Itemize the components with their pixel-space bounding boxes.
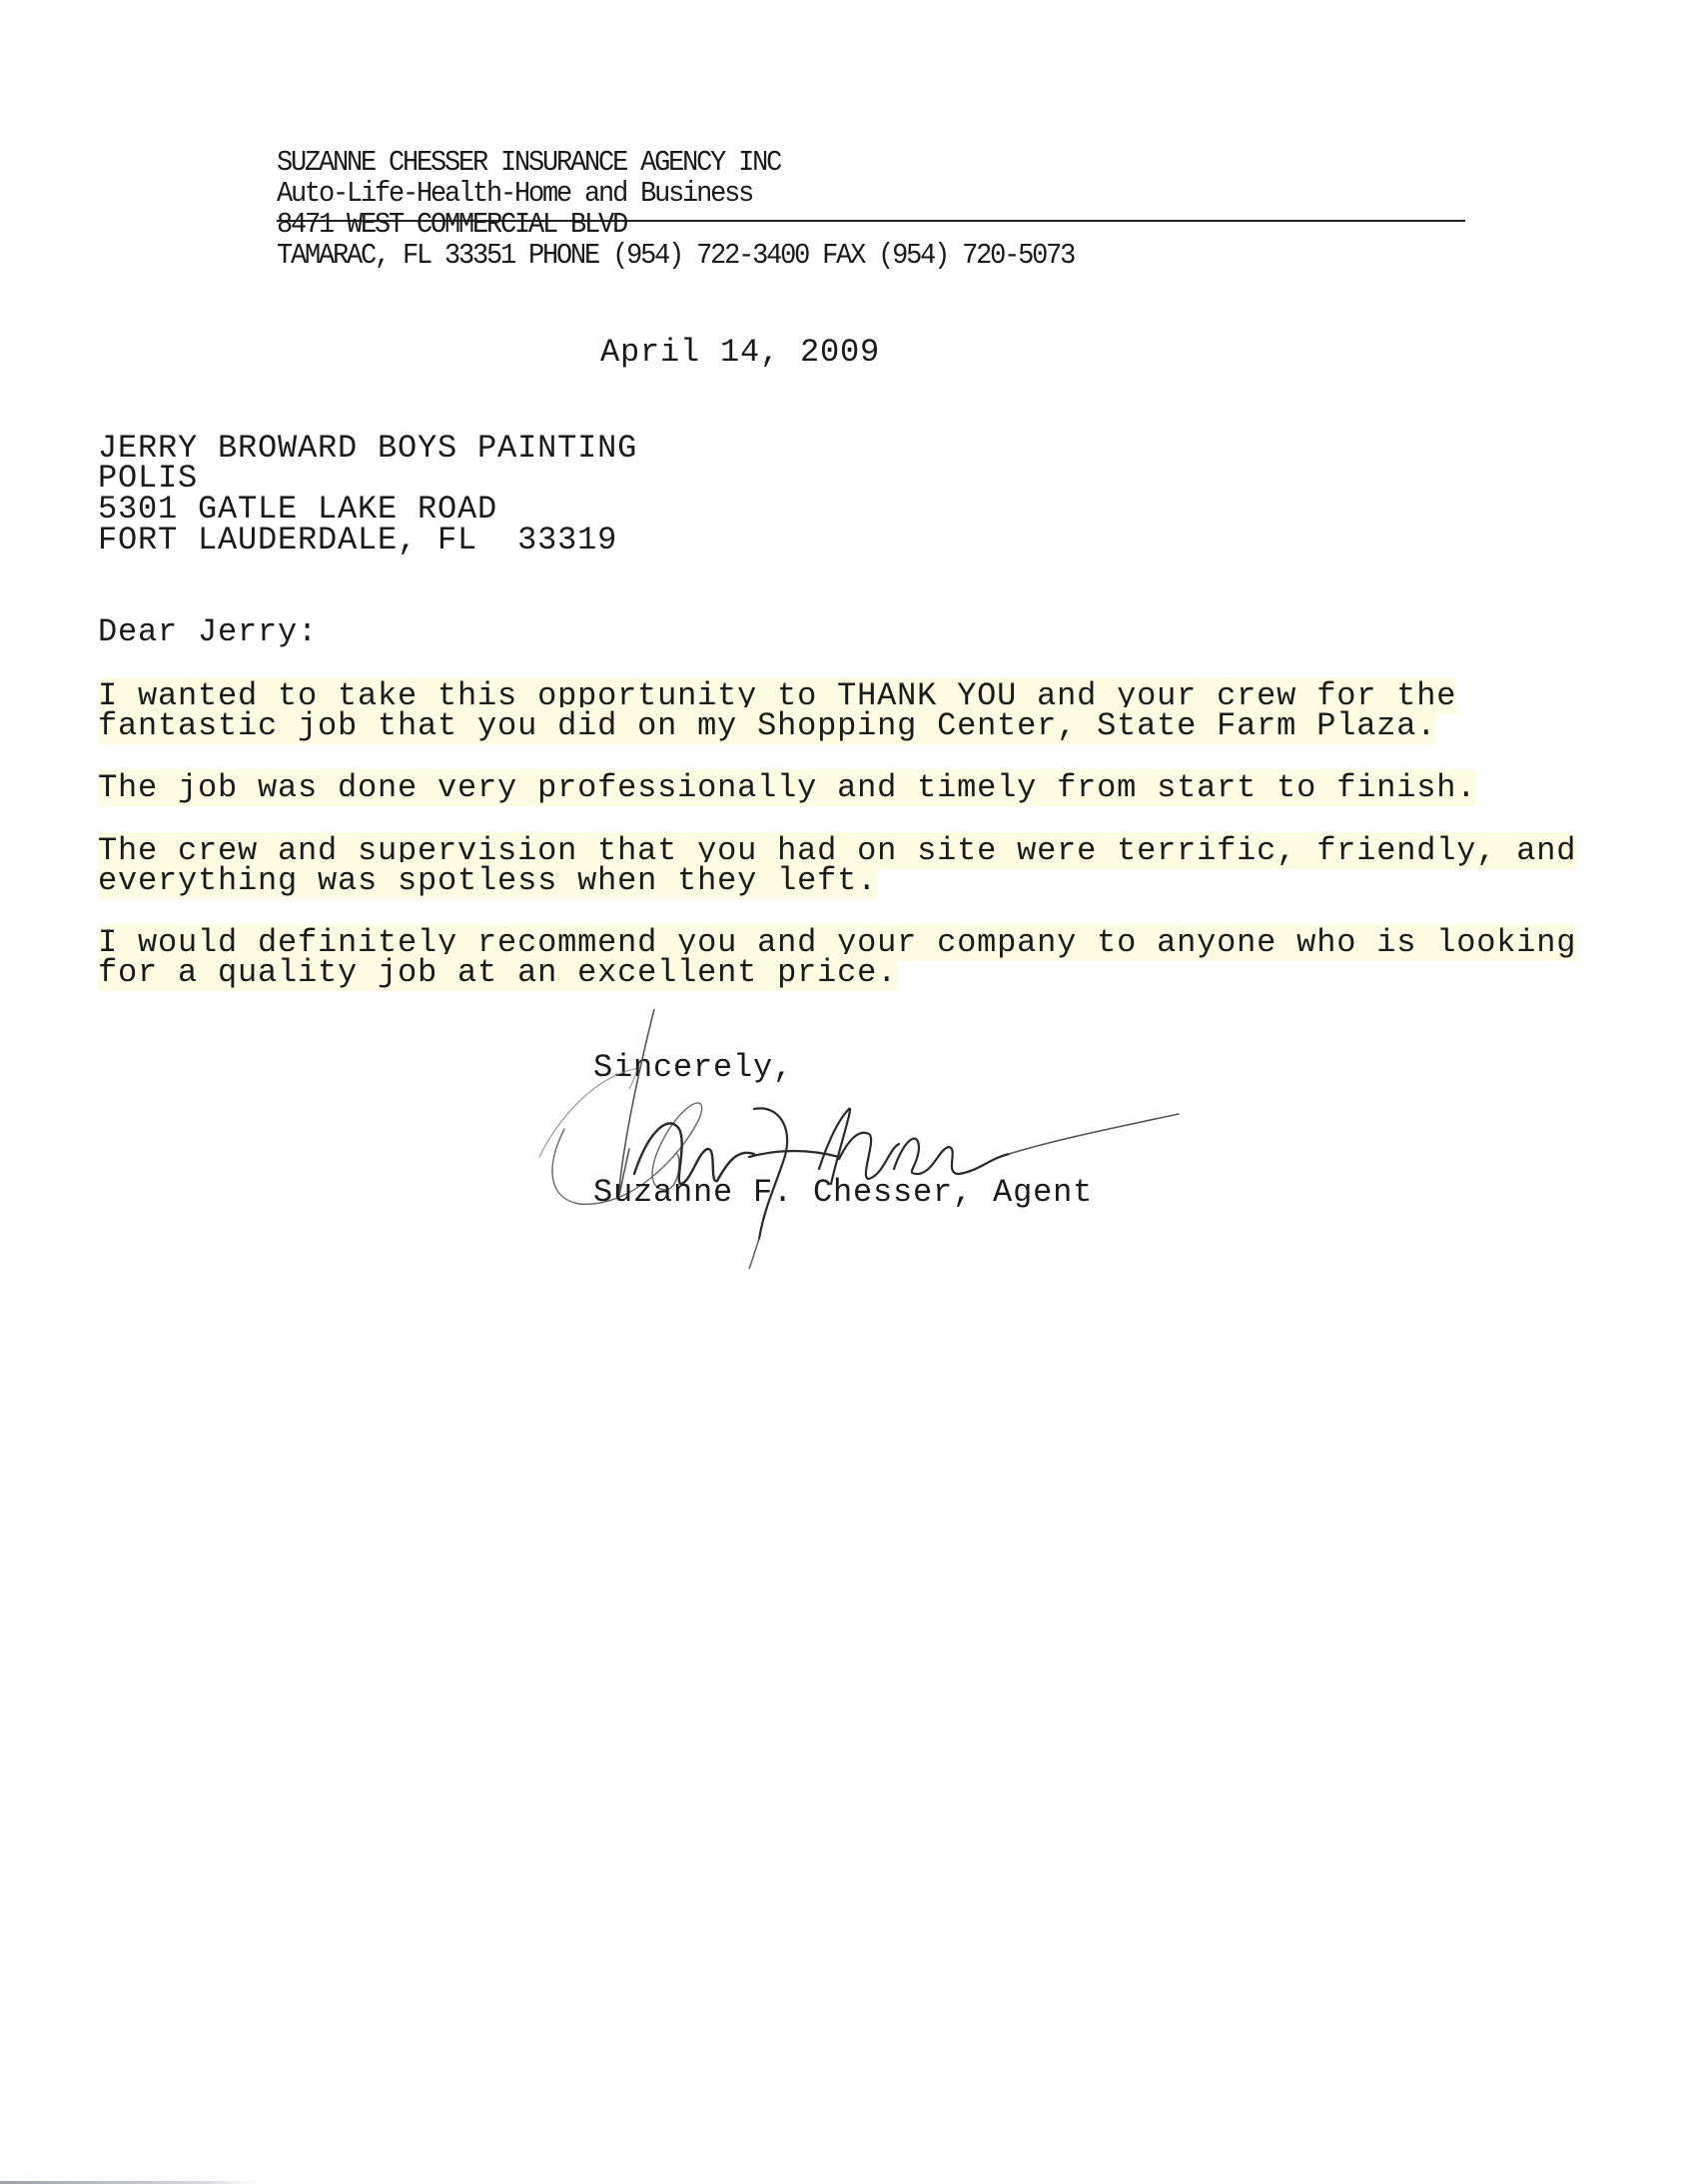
letterhead-city-contact: TAMARAC, FL 33351 PHONE (954) 722-3400 F…	[277, 241, 1074, 273]
recipient-line: FORT LAUDERDALE, FL 33319	[98, 522, 617, 558]
body-paragraph-4-line-2: for a quality job at an excellent price.	[98, 954, 897, 991]
letterhead-tagline: Auto-Life-Health-Home and Business	[277, 179, 752, 211]
letterhead-company: SUZANNE CHESSER INSURANCE AGENCY INC	[277, 148, 780, 180]
body-paragraph-2-line-1: The job was done very professionally and…	[98, 769, 1476, 806]
signature-icon	[539, 1009, 1298, 1269]
letterhead-street: 8471 WEST COMMERCIAL BLVD	[277, 210, 626, 242]
signer-name: Suzanne F. Chesser, Agent	[593, 1174, 1093, 1211]
body-paragraph-1-line-2: fantastic job that you did on my Shoppin…	[98, 707, 1436, 744]
salutation: Dear Jerry:	[98, 613, 318, 650]
letter-page: SUZANNE CHESSER INSURANCE AGENCY INC Aut…	[0, 0, 1698, 2184]
body-paragraph-3-line-2: everything was spotless when they left.	[98, 862, 877, 899]
letter-date: April 14, 2009	[600, 334, 880, 371]
